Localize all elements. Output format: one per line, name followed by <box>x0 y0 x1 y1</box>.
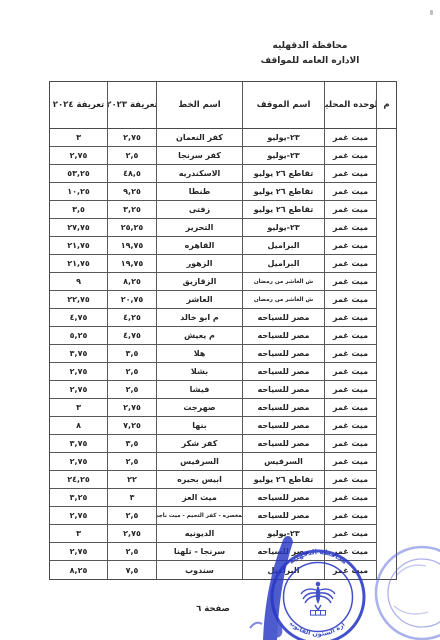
cell-stop: مصر للسياحه <box>242 507 324 525</box>
cell-no <box>376 183 396 201</box>
table-row: ميت غمرتقاطع ٢٦ يوليوابيس بحيره٢٢٢٤,٢٥ <box>50 471 396 489</box>
cell-unit: ميت غمر <box>324 435 376 453</box>
cell-no <box>376 525 396 543</box>
cell-no <box>376 327 396 345</box>
cell-no <box>376 507 396 525</box>
cell-line: الديونيه <box>156 525 242 543</box>
cell-t2024: ٣ <box>50 525 107 543</box>
cell-unit: ميت غمر <box>324 291 376 309</box>
cell-t2023: ٤٨,٥ <box>107 165 156 183</box>
cell-unit: ميت غمر <box>324 507 376 525</box>
cell-t2023: ٢٥,٢٥ <box>107 219 156 237</box>
cell-no <box>376 255 396 273</box>
cell-t2023: ٧,٥ <box>107 561 156 579</box>
cell-t2023: ٧,٢٥ <box>107 417 156 435</box>
cell-stop: تقاطع ٢٦ يوليو <box>242 183 324 201</box>
cell-unit: ميت غمر <box>324 183 376 201</box>
cell-line: العاشر <box>156 291 242 309</box>
cell-no <box>376 543 396 561</box>
cell-unit: ميت غمر <box>324 453 376 471</box>
cell-unit: ميت غمر <box>324 165 376 183</box>
cell-unit: ميت غمر <box>324 381 376 399</box>
cell-unit: ميت غمر <box>324 309 376 327</box>
cell-stop: ٢٣-يوليو <box>242 525 324 543</box>
cell-t2024: ٢٤,٢٥ <box>50 471 107 489</box>
table-row: ميت غمرمصر للسياحهبنها٧,٢٥٨ <box>50 417 396 435</box>
cell-no <box>376 219 396 237</box>
cell-line: سندوب <box>156 561 242 579</box>
cell-t2023: ٨,٢٥ <box>107 273 156 291</box>
cell-t2023: ٤,٧٥ <box>107 327 156 345</box>
cell-no <box>376 471 396 489</box>
cell-unit: ميت غمر <box>324 219 376 237</box>
cell-line: ابيس بحيره <box>156 471 242 489</box>
header-cell-local-unit: الوحده المحليه <box>324 82 376 129</box>
table-row: ميت غمرتقاطع ٢٦ يوليوالاسكندريه٤٨,٥٥٣,٢٥ <box>50 165 396 183</box>
cell-t2023: ٢,٧٥ <box>107 129 156 147</box>
cell-stop: مصر للسياحه <box>242 381 324 399</box>
cell-line: كفر النعمان <box>156 129 242 147</box>
cell-line: م ابو خالد <box>156 309 242 327</box>
cell-t2024: ٣,٥ <box>50 201 107 219</box>
table-row: ميت غمرش العاشر من رمضانالزقازيق٨,٢٥٩ <box>50 273 396 291</box>
governorate-title: محافظة الدقهليه <box>240 41 380 51</box>
cell-stop: مصر للسياحه <box>242 399 324 417</box>
cell-t2023: ٢,٧٥ <box>107 399 156 417</box>
cell-no <box>376 453 396 471</box>
cell-t2024: ٣,٧٥ <box>50 435 107 453</box>
cell-t2024: ٢١,٧٥ <box>50 255 107 273</box>
cell-no <box>376 273 396 291</box>
cell-stop: ش العاشر من رمضان <box>242 273 324 291</box>
cell-unit: ميت غمر <box>324 525 376 543</box>
header-cell-tariff-2023: تعريفة ٢٠٢٣ <box>107 82 156 129</box>
scan-artifact-dot <box>430 10 433 15</box>
cell-t2024: ٢,٧٥ <box>50 543 107 561</box>
cell-line: كفر سرنجا <box>156 147 242 165</box>
cell-no <box>376 291 396 309</box>
cell-no <box>376 399 396 417</box>
table-row: ميت غمرمصر للسياحهميت العز٣٣,٢٥ <box>50 489 396 507</box>
cell-line: السرفيس <box>156 453 242 471</box>
cell-stop: السرفيس <box>242 453 324 471</box>
table-row: ميت غمرمصر للسياحهالمعصره - كفر التحيم -… <box>50 507 396 525</box>
table-row: ميت غمر٢٣-يوليوكفر سرنجا٢,٥٢,٧٥ <box>50 147 396 165</box>
cell-t2023: ٢,٥ <box>107 147 156 165</box>
cell-unit: ميت غمر <box>324 363 376 381</box>
cell-t2024: ٣ <box>50 129 107 147</box>
table-row: ميت غمرتقاطع ٢٦ يوليوزفتى٣,٢٥٣,٥ <box>50 201 396 219</box>
cell-t2024: ٥,٢٥ <box>50 327 107 345</box>
cell-line: كفر شكر <box>156 435 242 453</box>
cell-unit: ميت غمر <box>324 489 376 507</box>
cell-t2024: ٢,٧٥ <box>50 507 107 525</box>
cell-no <box>376 489 396 507</box>
eagle-emblem <box>301 582 335 615</box>
cell-t2023: ٢,٥ <box>107 363 156 381</box>
cell-unit: ميت غمر <box>324 471 376 489</box>
cell-t2023: ٢,٥ <box>107 543 156 561</box>
cell-line: هلا <box>156 345 242 363</box>
table-row: ميت غمرمصر للسياحهبشلا٢,٥٢,٧٥ <box>50 363 396 381</box>
cell-stop: البراميل <box>242 561 324 579</box>
cell-t2023: ٣,٥ <box>107 435 156 453</box>
tariff-table: م الوحده المحليه اسم الموقف اسم الخط تعر… <box>49 81 397 580</box>
cell-t2024: ١٠,٢٥ <box>50 183 107 201</box>
cell-t2023: ٣,٥ <box>107 345 156 363</box>
cell-t2024: ٢,٧٥ <box>50 381 107 399</box>
cell-unit: ميت غمر <box>324 399 376 417</box>
table-row: ميت غمرالبراميلالزهور١٩,٧٥٢١,٧٥ <box>50 255 396 273</box>
cell-no <box>376 237 396 255</box>
cell-t2024: ٩ <box>50 273 107 291</box>
scanned-document-page: محافظة الدقهليه الاداره العامه للمواقف م… <box>0 0 440 640</box>
cell-line: صهرجت <box>156 399 242 417</box>
table-header-row: م الوحده المحليه اسم الموقف اسم الخط تعر… <box>50 82 396 129</box>
cell-t2023: ٤,٢٥ <box>107 309 156 327</box>
cell-unit: ميت غمر <box>324 237 376 255</box>
table-row: ميت غمر٢٣-يوليوالديونيه٢,٧٥٣ <box>50 525 396 543</box>
table-row: ميت غمرمصر للسياحهصهرجت٢,٧٥٣ <box>50 399 396 417</box>
cell-t2023: ٢٢ <box>107 471 156 489</box>
cell-no <box>376 381 396 399</box>
header-cell-tariff-2024: تعريفة ٢٠٢٤ <box>50 82 107 129</box>
cell-unit: ميت غمر <box>324 273 376 291</box>
table-row: ميت غمرش العاشر من رمضانالعاشر٢٠,٧٥٢٢,٧٥ <box>50 291 396 309</box>
cell-no <box>376 345 396 363</box>
cell-t2024: ٢,٧٥ <box>50 453 107 471</box>
cell-line: بشلا <box>156 363 242 381</box>
cell-stop: تقاطع ٢٦ يوليو <box>242 165 324 183</box>
cell-unit: ميت غمر <box>324 561 376 579</box>
cell-line: الزهور <box>156 255 242 273</box>
cell-t2024: ٨ <box>50 417 107 435</box>
cell-stop: مصر للسياحه <box>242 435 324 453</box>
cell-t2023: ٢,٥ <box>107 381 156 399</box>
cell-stop: البراميل <box>242 255 324 273</box>
cell-t2023: ١٩,٧٥ <box>107 237 156 255</box>
cell-t2023: ٢,٧٥ <box>107 525 156 543</box>
cell-line: ميت العز <box>156 489 242 507</box>
cell-stop: ٢٣-يوليو <box>242 147 324 165</box>
cell-stop: مصر للسياحه <box>242 327 324 345</box>
cell-t2024: ٣ <box>50 399 107 417</box>
cell-stop: مصر للسياحه <box>242 543 324 561</box>
cell-no <box>376 309 396 327</box>
cell-unit: ميت غمر <box>324 543 376 561</box>
cell-t2024: ٢٧,٧٥ <box>50 219 107 237</box>
cell-stop: مصر للسياحه <box>242 417 324 435</box>
cell-stop: ٢٣-يوليو <box>242 129 324 147</box>
cell-unit: ميت غمر <box>324 147 376 165</box>
cell-no <box>376 201 396 219</box>
header-cell-stop-name: اسم الموقف <box>242 82 324 129</box>
cell-unit: ميت غمر <box>324 417 376 435</box>
cell-unit: ميت غمر <box>324 201 376 219</box>
table-row: ميت غمرالسرفيسالسرفيس٢,٥٢,٧٥ <box>50 453 396 471</box>
cell-stop: تقاطع ٢٦ يوليو <box>242 201 324 219</box>
cell-stop: ٢٣-يوليو <box>242 219 324 237</box>
stamp-bottom-text: ادارة الشئون القانونية <box>288 591 347 638</box>
cell-stop: مصر للسياحه <box>242 363 324 381</box>
cell-line: فيشا <box>156 381 242 399</box>
cell-line: القاهره <box>156 237 242 255</box>
table-body: ميت غمر٢٣-يوليوكفر النعمان٢,٧٥٣ميت غمر٢٣… <box>50 129 396 579</box>
cell-no <box>376 147 396 165</box>
department-subtitle: الاداره العامه للمواقف <box>240 56 380 66</box>
header-cell-line-name: اسم الخط <box>156 82 242 129</box>
cell-t2024: ٢,٧٥ <box>50 363 107 381</box>
page-number: صفحة ٦ <box>180 604 246 614</box>
cell-stop: مصر للسياحه <box>242 309 324 327</box>
cell-unit: ميت غمر <box>324 345 376 363</box>
cell-line: زفتى <box>156 201 242 219</box>
cell-line: سرنجا - تلهنا <box>156 543 242 561</box>
cell-t2024: ٢١,٧٥ <box>50 237 107 255</box>
table-row: ميت غمرمصر للسياحهم يعيش٤,٧٥٥,٢٥ <box>50 327 396 345</box>
cell-no <box>376 363 396 381</box>
cell-t2024: ٢,٧٥ <box>50 147 107 165</box>
table-row: ميت غمرتقاطع ٢٦ يوليوطنطا٩,٢٥١٠,٢٥ <box>50 183 396 201</box>
cell-t2024: ٤,٧٥ <box>50 309 107 327</box>
cell-line: الاسكندريه <box>156 165 242 183</box>
cell-line: بنها <box>156 417 242 435</box>
cell-line: الزقازيق <box>156 273 242 291</box>
cell-unit: ميت غمر <box>324 327 376 345</box>
table-row: ميت غمرالبراميلالقاهره١٩,٧٥٢١,٧٥ <box>50 237 396 255</box>
cell-t2023: ٢,٥ <box>107 507 156 525</box>
cell-t2024: ٢٢,٧٥ <box>50 291 107 309</box>
table-row: ميت غمرمصر للسياحهفيشا٢,٥٢,٧٥ <box>50 381 396 399</box>
cell-unit: ميت غمر <box>324 129 376 147</box>
table-row: ميت غمر٢٣-يوليوكفر النعمان٢,٧٥٣ <box>50 129 396 147</box>
cell-unit: ميت غمر <box>324 255 376 273</box>
cell-t2023: ٩,٢٥ <box>107 183 156 201</box>
table-row: ميت غمرمصر للسياحههلا٣,٥٣,٧٥ <box>50 345 396 363</box>
cell-no <box>376 417 396 435</box>
table-row: ميت غمر٢٣-يوليوالتحرير٢٥,٢٥٢٧,٧٥ <box>50 219 396 237</box>
cell-t2024: ٥٣,٢٥ <box>50 165 107 183</box>
cell-no <box>376 435 396 453</box>
cell-t2023: ٣,٢٥ <box>107 201 156 219</box>
cell-stop: تقاطع ٢٦ يوليو <box>242 471 324 489</box>
cell-line: المعصره - كفر التحيم - ميت ناجى <box>156 507 242 525</box>
cell-stop: ش العاشر من رمضان <box>242 291 324 309</box>
cell-t2023: ٢,٥ <box>107 453 156 471</box>
cell-t2024: ٨,٢٥ <box>50 561 107 579</box>
table-row: ميت غمرالبراميلسندوب٧,٥٨,٢٥ <box>50 561 396 579</box>
cell-stop: مصر للسياحه <box>242 489 324 507</box>
cell-t2023: ١٩,٧٥ <box>107 255 156 273</box>
cell-t2023: ٢٠,٧٥ <box>107 291 156 309</box>
header-cell-number: م <box>376 82 396 129</box>
cell-line: التحرير <box>156 219 242 237</box>
cell-t2023: ٣ <box>107 489 156 507</box>
cell-no <box>376 561 396 579</box>
cell-no <box>376 129 396 147</box>
cell-line: م يعيش <box>156 327 242 345</box>
table-row: ميت غمرمصر للسياحهسرنجا - تلهنا٢,٥٢,٧٥ <box>50 543 396 561</box>
cell-stop: مصر للسياحه <box>242 345 324 363</box>
cell-t2024: ٣,٧٥ <box>50 345 107 363</box>
table-row: ميت غمرمصر للسياحهكفر شكر٣,٥٣,٧٥ <box>50 435 396 453</box>
cell-t2024: ٣,٢٥ <box>50 489 107 507</box>
cell-line: طنطا <box>156 183 242 201</box>
cell-no <box>376 165 396 183</box>
table-row: ميت غمرمصر للسياحهم ابو خالد٤,٢٥٤,٧٥ <box>50 309 396 327</box>
cell-stop: البراميل <box>242 237 324 255</box>
